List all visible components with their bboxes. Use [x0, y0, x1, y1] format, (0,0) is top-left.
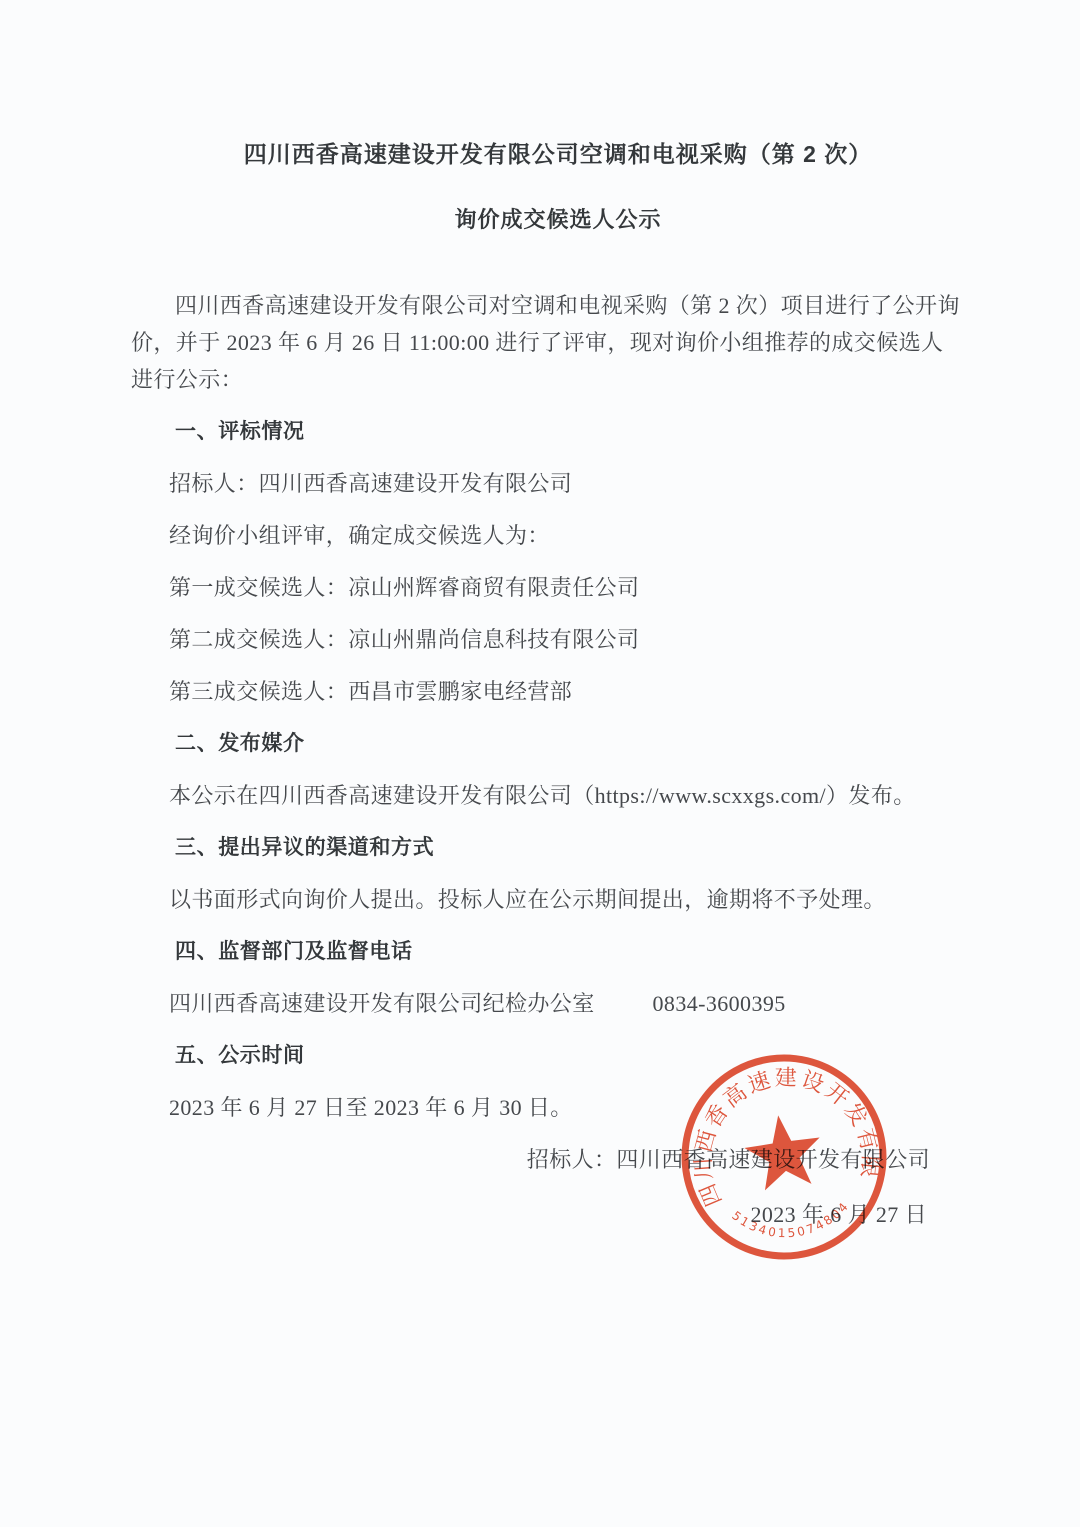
star-icon: [741, 1110, 826, 1192]
intro-line-2: 价，并于 2023 年 6 月 26 日 11:00:00 进行了评审，现对询价…: [131, 324, 985, 361]
objection-line: 以书面形式向询价人提出。投标人应在公示期间提出，逾期将不予处理。: [131, 881, 985, 918]
candidate-3-line: 第三成交候选人：西昌市雲鹏家电经营部: [131, 673, 985, 710]
supervision-line: 四川西香高速建设开发有限公司纪检办公室 0834-3600395: [131, 985, 985, 1022]
candidate-1-line: 第一成交候选人：凉山州辉睿商贸有限责任公司: [131, 569, 985, 606]
official-seal: 四川西香高速建设开发有限公司 5134015074804: [669, 1042, 899, 1272]
section-3-heading: 三、提出异议的渠道和方式: [131, 829, 985, 866]
candidate-2-line: 第二成交候选人：凉山州鼎尚信息科技有限公司: [131, 621, 985, 658]
document-title: 四川西香高速建设开发有限公司空调和电视采购（第 2 次）: [131, 141, 985, 167]
intro-line-3: 进行公示：: [131, 361, 985, 398]
review-line: 经询价小组评审，确定成交候选人为：: [131, 517, 985, 554]
bidder-line: 招标人：四川西香高速建设开发有限公司: [131, 465, 985, 502]
intro-line-1: 四川西香高速建设开发有限公司对空调和电视采购（第 2 次）项目进行了公开询: [131, 287, 985, 324]
notice-document-page: 四川西香高速建设开发有限公司空调和电视采购（第 2 次） 询价成交候选人公示 四…: [0, 0, 1080, 1527]
intro-paragraph: 四川西香高速建设开发有限公司对空调和电视采购（第 2 次）项目进行了公开询 价，…: [131, 287, 985, 398]
section-2-heading: 二、发布媒介: [131, 725, 985, 762]
section-4-heading: 四、监督部门及监督电话: [131, 933, 985, 970]
supervision-office: 四川西香高速建设开发有限公司纪检办公室: [169, 991, 595, 1016]
document-subtitle: 询价成交候选人公示: [131, 207, 985, 233]
supervision-phone: 0834-3600395: [653, 991, 786, 1016]
publish-medium-line: 本公示在四川西香高速建设开发有限公司（https://www.scxxgs.co…: [131, 777, 985, 814]
section-1-heading: 一、评标情况: [131, 413, 985, 450]
